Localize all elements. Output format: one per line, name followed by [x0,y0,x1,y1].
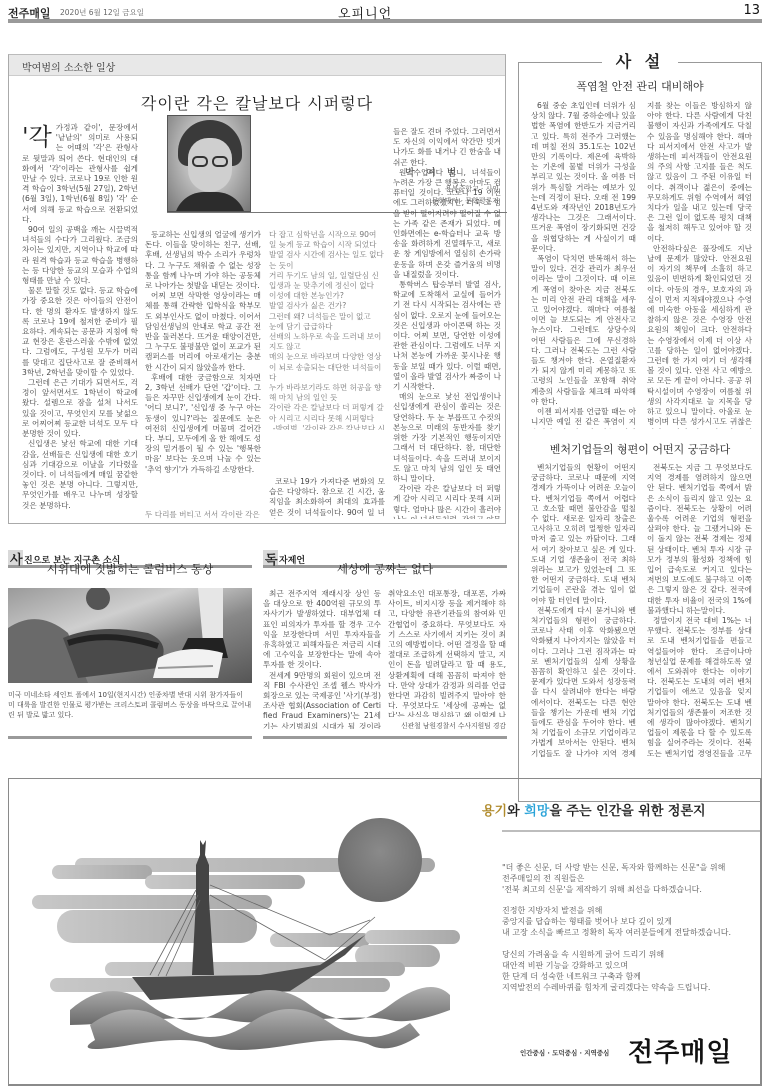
poem-start: 두 다리를 버티고 서서 각이란 각은 [145,510,265,520]
ad-slogan: 용기와 희망을 주는 인간을 위한 정론지 [482,800,706,819]
editorial-1-col1: 6월 중순 초입인데 더위가 심상치 않다. 7월 중하순에나 있을 법한 폭염… [531,101,636,429]
dropcap: '각 [22,125,52,149]
reader-opinion-headline: 세상에 공짜는 없다 [263,561,507,577]
column-text-col3: 코로나 19가 가져다준 변화의 모습은 다양하다. 참으로 긴 시간, 움직임… [269,477,385,519]
column-article: 박여범의 소소한 일상 각이란 각은 칼날보다 시퍼렇다 박 여 범 용북중학교… [8,54,506,524]
page-number: 13 [743,3,760,18]
column-text-col1: '각 가정과 같이', 문장에서 '낱낱의' 의미로 사용되는 어떄의 '각'은… [22,123,138,519]
editorial-headline-1: 폭염철 안전 관리 대비해야 [519,78,761,94]
ad-brand-logo: 전주매일 [628,1032,732,1069]
issue-date: 2020년 6월 12일 금요일 [60,7,144,18]
ad-tagline: 인간중심 · 도덕중심 · 지역중심 [520,1048,609,1057]
statue-photo [8,588,252,683]
reader-opinion-col2: 취약요소인 대포통장, 대포폰, 가짜 사이트, 비지시장 등을 제거해야 하고… [388,589,506,717]
world-news-bottom-rule [8,736,252,739]
column-text-col4: 들은 잘도 견뎌 주었다. 그러면서도 자신의 이익에서 약간만 빗겨나가도 화… [393,127,501,519]
ad-slogan-rule [502,830,760,832]
editorial-1-col2: 지를 찾는 이들은 방심하지 않아야 한다. 다른 사람에게 닥친 불행이 자신… [647,101,752,429]
editorial-headline-2: 벤처기업들의 형편이 어떤지 궁금하다 [519,441,761,457]
masthead: 전주매일 2020년 6월 12일 금요일 오피니언 13 [8,0,762,23]
column-text-col2: 등교하는 신입생의 얼굴에 생기가 돈다. 이들을 맞이하는 친구, 선배, 후… [145,230,261,520]
newspaper-logo: 전주매일 [8,5,51,21]
poem-block: 다 잡고 심학년을 시작으로 90여 일 늦게 등교 학습이 시작 되었다 발열… [269,230,385,430]
ad-paragraph-2: 진정한 지방자치 발전을 위해 중앙지를 답습하는 형태를 벗어나 보다 깊이 … [502,905,731,938]
pen-ship-illustration [20,795,480,1065]
world-news-headline: 시위대에 짓밟히는 콜럼버스 동상 [8,561,252,577]
author-photo [167,115,251,212]
column-header-bar: 박여범의 소소한 일상 [9,55,505,76]
reader-signature: 신관철 남원경찰서 수사지원팀 경감 [388,720,506,730]
editorial-2-col1: 벤처기업들의 현황이 어떤지 궁금하다. 코로나 때문에 지역 경제가 가뜩이나… [531,463,636,759]
reader-opinion-bottom-rule [263,736,507,739]
column-series-name: 박여범의 소소한 일상 [22,59,115,74]
editorial-label: 사 설 [602,49,678,72]
ad-paragraph-3: 당신의 가려움을 속 시원하게 긁어 드리기 위해 대안적 비판 기능을 강화하… [502,949,710,993]
column-headline: 각이란 각은 칼날보다 시퍼렇다 [9,91,505,114]
ad-paragraph-1: "더 좋은 신문, 더 사랑 받는 신문, 독자와 함께하는 신문"을 위해 전… [502,862,725,895]
photo-caption: 미국 미네소타 세인트 폴에서 10일(현지시간) 인종차별 반대 시위 참가자… [8,690,252,720]
editorial-2-col2: 전북도는 지금 그 무엇보다도 지역 경제를 염려하지 않으면 안 된다. 벤처… [647,463,752,759]
reader-opinion-col1: 최근 전주지역 재래시장 상인 등을 대상으로 한 400억원 규모의 투자사기… [263,589,381,729]
section-title: 오피니언 [338,3,392,22]
editorial-box: 사 설 폭염철 안전 관리 대비해야 6월 중순 초입인데 더위가 심상치 않다… [518,62,762,802]
